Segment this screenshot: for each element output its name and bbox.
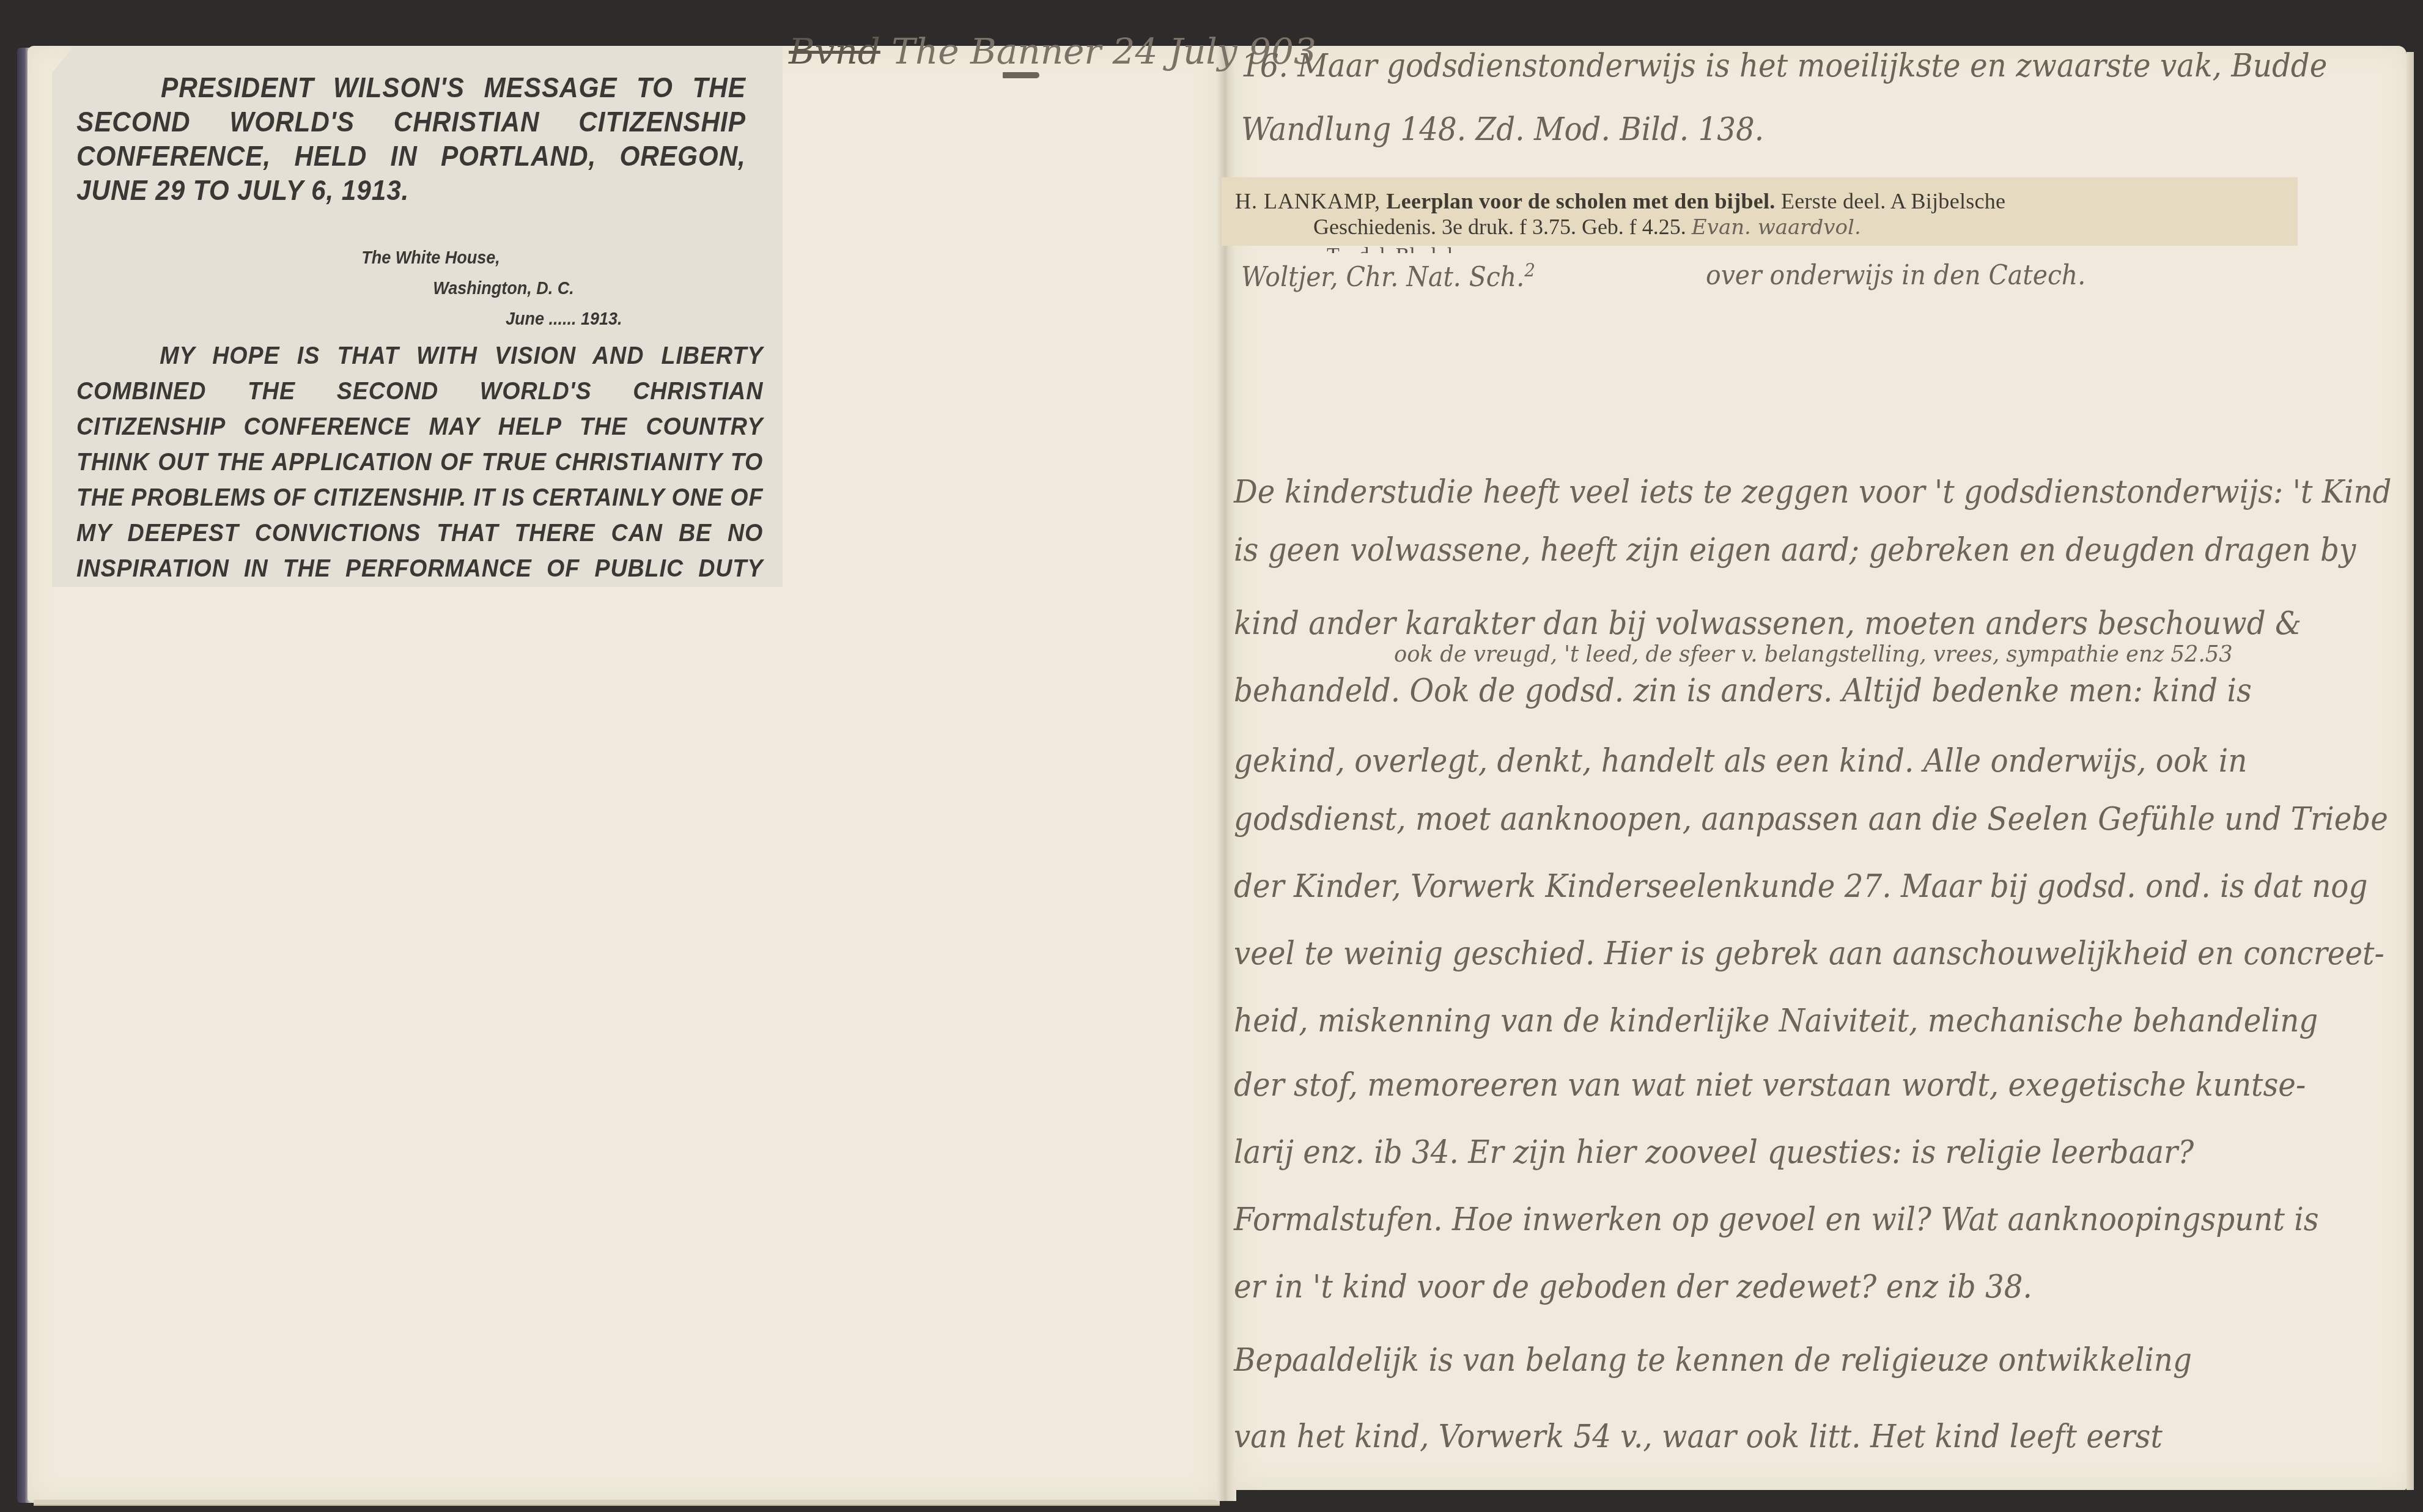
handwritten-line: Bepaaldelijk is van belang te kennen de … [1234,1342,2192,1379]
clipping-line-1: H. LANKAMP, Leerplan voor de scholen met… [1235,188,2298,214]
clipping-title: Leerplan voor de scholen met den bijbel. [1386,189,1775,213]
handwritten-source-note: Bvnd The Banner 24 July 903 [789,31,1316,72]
handwritten-line: De kinderstudie heeft veel iets te zegge… [1234,474,2391,511]
reference-superscript: 2 [1524,260,1535,281]
clipping-line-2: Geschiedenis. 3e druk. f 3.75. Geb. f 4.… [1313,214,2298,240]
clipping-headline: PRESIDENT WILSON'S MESSAGE TO THE SECOND… [76,70,746,207]
handwritten-line: heid, miskenning van de kinderlijke Naiv… [1234,1003,2318,1039]
handwritten-line: is geen volwassene, heeft zijn eigen aar… [1234,532,2356,569]
ink-underline-mark [1003,72,1039,78]
handwritten-line: godsdienst, moet aanknoopen, aanpassen a… [1234,801,2388,838]
reference-line-right: over onderwijs in den Catech. [1706,260,2086,291]
handwritten-line: veel te weinig geschied. Hier is gebrek … [1234,935,2384,972]
newspaper-clipping: PRESIDENT WILSON'S MESSAGE TO THE SECOND… [52,46,783,587]
handwritten-line: der Kinder, Vorwerk Kinderseelenkunde 27… [1234,868,2367,905]
inserted-note: ook de vreugd, 't leed, de sfeer v. bela… [1394,640,2233,667]
handwritten-line: van het kind, Vorwerk 54 v., waar ook li… [1234,1418,2163,1455]
handwritten-line: der stof, memoreeren van wat niet versta… [1234,1067,2306,1104]
clipping-author: H. LANKAMP, [1235,189,1381,213]
printed-book-clipping: H. LANKAMP, Leerplan voor de scholen met… [1222,177,2298,246]
struck-word: Bvnd [789,31,880,72]
clipping-body: MY HOPE IS THAT WITH VISION AND LIBERTY … [76,338,763,622]
handwritten-line: er in 't kind voor de geboden der zedewe… [1234,1269,2032,1305]
reference-line-left: Woltjer, Chr. Nat. Sch.2 [1241,260,1535,293]
handwritten-line: behandeld. Ook de godsd. zin is anders. … [1234,673,2252,709]
clipping-price: Geschiedenis. 3e druk. f 3.75. Geb. f 4.… [1313,215,1686,239]
handwritten-line: 16. Maar godsdienstonderwijs is het moei… [1241,48,2327,84]
clipping-handwritten-addition: Evan. waardvol. [1692,215,1861,240]
reference-text: Woltjer, Chr. Nat. Sch. [1241,262,1524,293]
clipping-address: The White House, Washington, D. C. June … [76,243,690,334]
handwritten-line: kind ander karakter dan bij volwassenen,… [1234,605,2301,642]
handwritten-line: Formalstufen. Hoe inwerken op gevoel en … [1234,1201,2319,1238]
handwritten-line: Wandlung 148. Zd. Mod. Bild. 138. [1241,111,1764,148]
handwritten-line: larij enz. ib 34. Er zijn hier zooveel q… [1234,1134,2194,1171]
clipping-edition: Eerste deel. A Bijbelsche [1781,189,2005,213]
torn-text-fragment: T... d. l. Bl.. l. l. . [1327,243,1469,253]
handwritten-line: gekind, overlegt, denkt, handelt als een… [1234,743,2247,780]
